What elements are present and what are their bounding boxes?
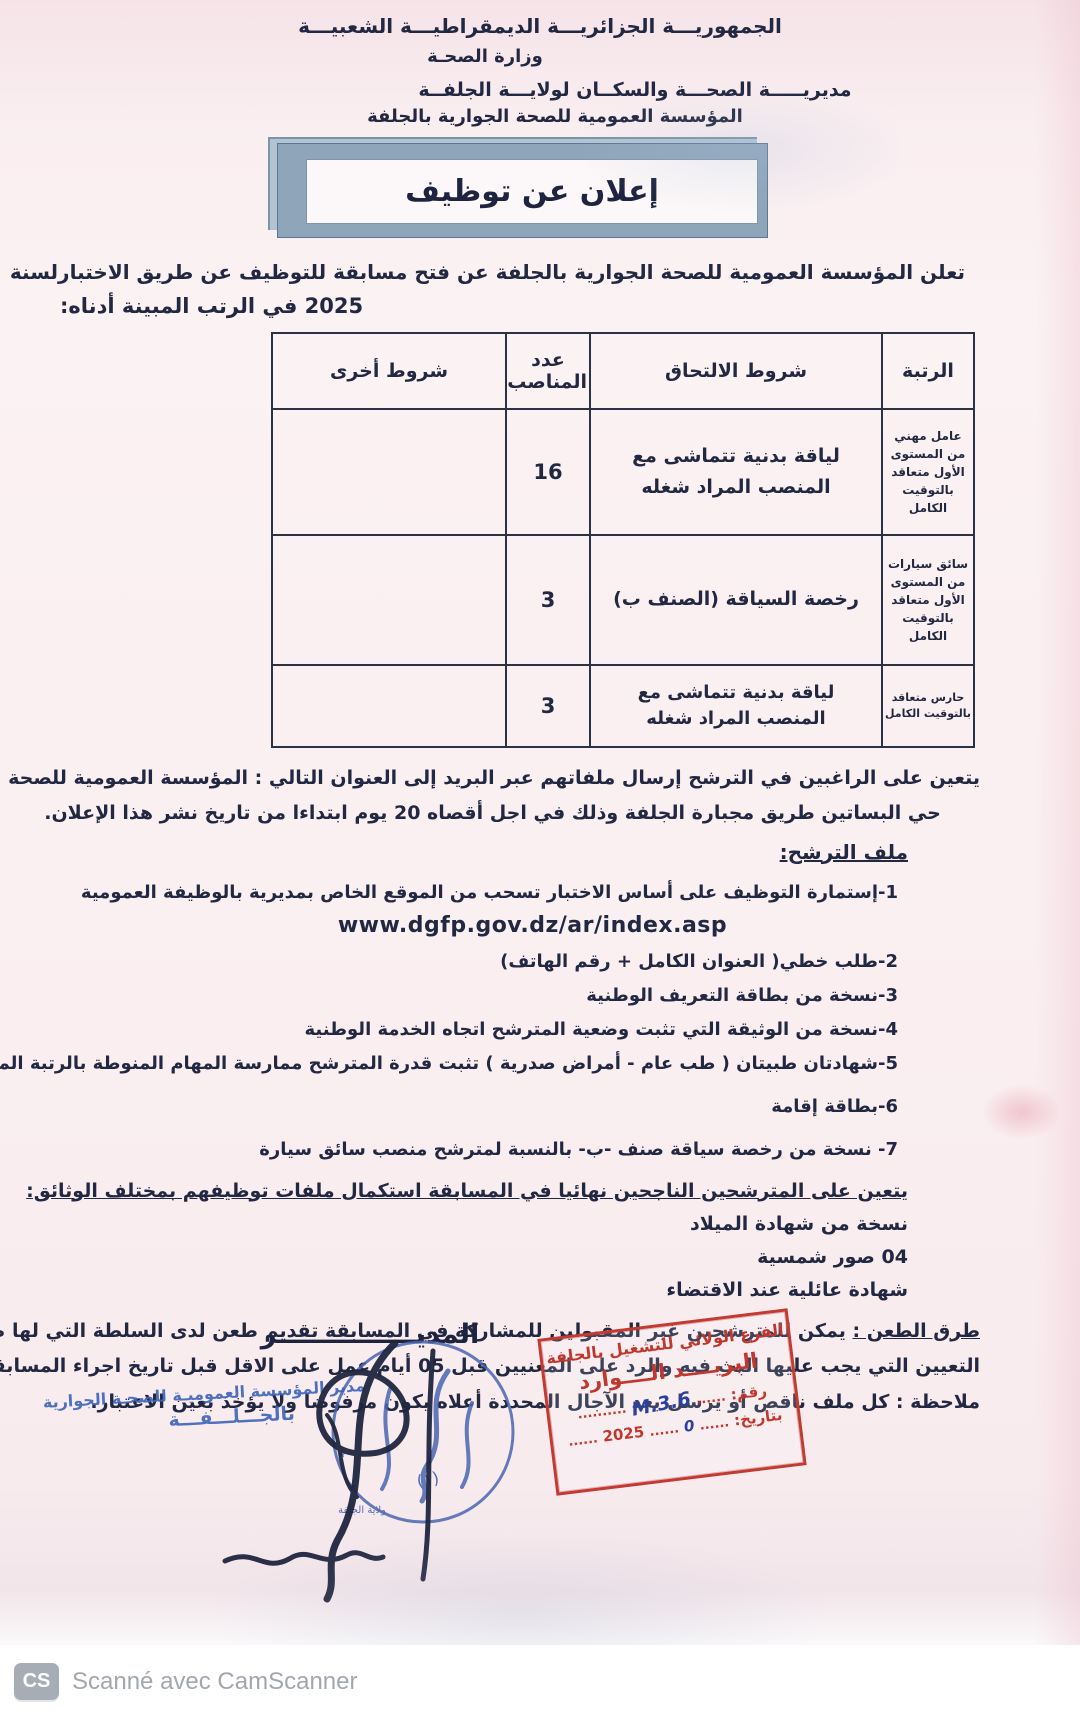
republic-title: الجمهوريـــة الجزائريـــة الديمقراطيـــة…: [0, 14, 1080, 38]
table-row: عامل مهني من المستوى الأول متعاقد بالتوق…: [272, 409, 974, 535]
handwritten-signature: [185, 1315, 505, 1615]
dossier-item-6: 6-بطاقة إقامة: [55, 1096, 898, 1117]
table-row: حارس متعاقد بالتوقيت الكامل لياقة بدنية …: [272, 665, 974, 747]
letterhead: الجمهوريـــة الجزائريـــة الديمقراطيـــة…: [0, 0, 1080, 127]
final-documents-heading: يتعين على المترشحين الناجحين نهائيا في ا…: [55, 1180, 908, 1202]
dossier-item-1: 1-إستمارة التوظيف على أساس الاختبار تسحب…: [55, 882, 898, 903]
other-conditions-cell: [272, 409, 506, 535]
dossier-item-7: 7- نسخة من رخصة سياقة صنف -ب- بالنسبة لم…: [55, 1139, 898, 1160]
red-stamp-date-label: بتاريخ:: [733, 1406, 783, 1430]
table-header-row: الرتبة شروط الالتحاق عدد المناصب شروط أخ…: [272, 333, 974, 409]
camscanner-caption: Scanné avec CamScanner: [72, 1668, 358, 1696]
final-document-item: نسخة من شهادة الميلاد: [55, 1213, 908, 1235]
apply-instructions-line-2: حي البساتين طريق مجبارة الجلفة وذلك في ا…: [30, 802, 955, 824]
announcement-title-frame: إعلان عن توظيف: [277, 143, 768, 238]
apply-instructions-line-1: يتعين على الراغبين في الترشح إرسال ملفات…: [55, 764, 980, 793]
camscanner-footer: CS Scanné avec CamScanner: [0, 1645, 1080, 1719]
conditions-cell: لياقة بدنية تتماشى مع المنصب المراد شغله: [590, 409, 882, 535]
camscanner-logo-icon: CS: [14, 1663, 59, 1700]
count-cell: 3: [506, 665, 590, 747]
count-cell: 3: [506, 535, 590, 665]
intro-line-2: 2025 في الرتب المبينة أدناه:: [60, 294, 965, 318]
red-stamp-number-label: رقم:: [730, 1381, 768, 1403]
red-stamp-year: 2025: [602, 1423, 646, 1446]
rank-cell: حارس متعاقد بالتوقيت الكامل: [882, 665, 974, 747]
col-header-rank: الرتبة: [882, 333, 974, 409]
col-header-count: عدد المناصب: [506, 333, 590, 409]
announcement-title: إعلان عن توظيف: [306, 159, 758, 224]
scanned-document-page: الجمهوريـــة الجزائريـــة الديمقراطيـــة…: [0, 0, 1080, 1719]
intro-line-1: تعلن المؤسسة العمومية للصحة الجوارية بال…: [60, 260, 965, 284]
final-document-item: 04 صور شمسية: [55, 1246, 908, 1268]
conditions-cell: لياقة بدنية تتماشى مع المنصب المراد شغله: [590, 665, 882, 747]
positions-table: الرتبة شروط الالتحاق عدد المناصب شروط أخ…: [271, 332, 975, 748]
count-cell: 16: [506, 409, 590, 535]
rank-cell: عامل مهني من المستوى الأول متعاقد بالتوق…: [882, 409, 974, 535]
other-conditions-cell: [272, 665, 506, 747]
dossier-item-3: 3-نسخة من بطاقة التعريف الوطنية: [55, 985, 898, 1006]
rank-cell: سائق سيارات من المستوى الأول متعاقد بالت…: [882, 535, 974, 665]
directorate-title: مديريـــــة الصحـــة والسكــان لولايـــة…: [95, 79, 1080, 101]
col-header-other: شروط أخرى: [272, 333, 506, 409]
conditions-cell: رخصة السياقة (الصنف ب): [590, 535, 882, 665]
dossier-item-4: 4-نسخة من الوثيقة التي تثبت وضعية المترش…: [55, 1019, 898, 1040]
signature-zone: المديـــــــــــــــر (١) ولاية الجلفة ٭…: [0, 1305, 1080, 1645]
table-row: سائق سيارات من المستوى الأول متعاقد بالت…: [272, 535, 974, 665]
handwritten-mail-number: M.3.6: [630, 1388, 693, 1421]
dossier-item-2: 2-طلب خطي( العنوان الكامل + رقم الهاتف): [55, 951, 898, 972]
intro-paragraph: تعلن المؤسسة العمومية للصحة الجوارية بال…: [60, 260, 965, 318]
dossier-item-5: 5-شهادتان طبيتان ( طب عام - أمراض صدرية …: [55, 1053, 898, 1074]
handwritten-date-digit: 0: [683, 1417, 696, 1436]
final-document-item: شهادة عائلية عند الاقتضاء: [55, 1279, 908, 1301]
incoming-mail-red-stamp: الفرع الولائي للتشغيل بالجلفة البريــــد…: [537, 1308, 806, 1496]
dossier-heading: ملف الترشح:: [55, 840, 908, 864]
dgfp-url: www.dgfp.gov.dz/ar/index.asp: [70, 913, 995, 938]
col-header-conditions: شروط الالتحاق: [590, 333, 882, 409]
institution-title: المؤسسة العمومية للصحة الجوارية بالجلفة: [15, 106, 1080, 127]
other-conditions-cell: [272, 535, 506, 665]
ministry-title: وزارة الصحـة: [0, 46, 1025, 67]
